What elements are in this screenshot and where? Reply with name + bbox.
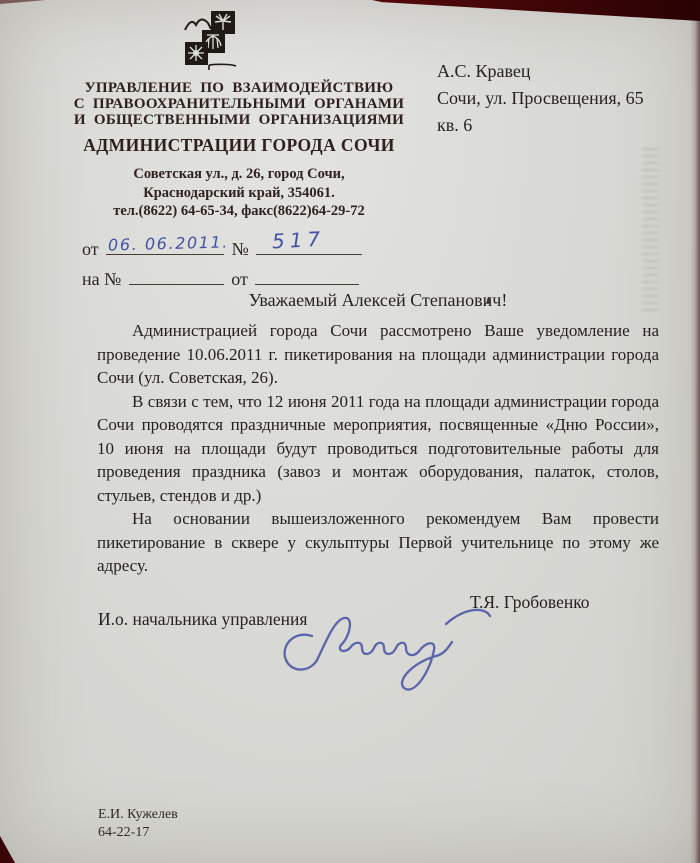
reply-number-label: на № — [82, 269, 121, 289]
letter-paper: УПРАВЛЕНИЕ ПО ВЗАИМОДЕЙСТВИЮ С ПРАВООХРА… — [0, 0, 700, 863]
letterhead-section: УПРАВЛЕНИЕ ПО ВЗАИМОДЕЙСТВИЮ С ПРАВООХРА… — [0, 0, 700, 278]
org-line-2: С ПРАВООХРАНИТЕЛЬНЫМИ ОРГАНАМИ — [58, 96, 420, 112]
org-address: Советская ул., д. 26, город Сочи, Красно… — [58, 165, 420, 221]
incoming-reference-line: на № от — [82, 264, 420, 294]
reply-date-blank-line — [255, 264, 359, 285]
address-line-3: тел.(8622) 64-65-34, факс(8622)64-29-72 — [58, 202, 420, 221]
paragraph-1: Администрацией города Сочи рассмотрено В… — [97, 319, 659, 390]
reply-number-blank-line — [129, 264, 224, 285]
handwritten-signature — [278, 596, 498, 706]
recipient-block: А.С. Кравец Сочи, ул. Просвещения, 65 кв… — [437, 58, 644, 139]
letter-body: Администрацией города Сочи рассмотрено В… — [97, 319, 659, 578]
signer-position: И.о. начальника управления — [98, 609, 307, 630]
recipient-name: А.С. Кравец — [437, 58, 644, 85]
scanned-letter-photo: УПРАВЛЕНИЕ ПО ВЗАИМОДЕЙСТВИЮ С ПРАВООХРА… — [0, 0, 700, 863]
executor-name: Е.И. Кужелев — [98, 806, 178, 824]
number-label: № — [232, 239, 249, 259]
recipient-address-line2: кв. 6 — [437, 112, 644, 139]
paragraph-3: На основании вышеизложенного рекомендуем… — [97, 507, 659, 578]
number-blank-line: 517 — [256, 234, 362, 255]
address-line-1: Советская ул., д. 26, город Сочи, — [58, 165, 420, 184]
reference-block: от 06. 06.2011. № 517 на № от — [58, 234, 420, 294]
logo-row — [29, 10, 391, 72]
org-line-1: УПРАВЛЕНИЕ ПО ВЗАИМОДЕЙСТВИЮ — [58, 80, 420, 96]
recipient-address-line1: Сочи, ул. Просвещения, 65 — [437, 85, 644, 112]
reply-from-label: от — [231, 269, 248, 289]
letterhead: УПРАВЛЕНИЕ ПО ВЗАИМОДЕЙСТВИЮ С ПРАВООХРА… — [58, 10, 420, 294]
handwritten-date: 06. 06.2011. — [108, 232, 229, 254]
org-title: АДМИНИСТРАЦИИ ГОРОДА СОЧИ — [58, 135, 420, 156]
from-label: от — [82, 239, 99, 259]
sochi-emblem-logo — [183, 10, 237, 72]
executor-phone: 64-22-17 — [98, 824, 178, 842]
org-line-3: И ОБЩЕСТВЕННЫМИ ОРГАНИЗАЦИЯМИ — [58, 112, 420, 128]
handwritten-number: 517 — [272, 226, 326, 253]
background-edge-right — [690, 0, 700, 863]
date-blank-line: 06. 06.2011. — [106, 234, 224, 255]
outgoing-reference-line: от 06. 06.2011. № 517 — [82, 234, 420, 264]
org-name-lines: УПРАВЛЕНИЕ ПО ВЗАИМОДЕЙСТВИЮ С ПРАВООХРА… — [58, 80, 420, 128]
text-ghosting-artifact — [642, 148, 658, 313]
paragraph-2: В связи с тем, что 12 июня 2011 года на … — [97, 390, 659, 508]
address-line-2: Краснодарский край, 354061. — [58, 184, 420, 203]
executor-block: Е.И. Кужелев 64-22-17 — [98, 806, 178, 841]
